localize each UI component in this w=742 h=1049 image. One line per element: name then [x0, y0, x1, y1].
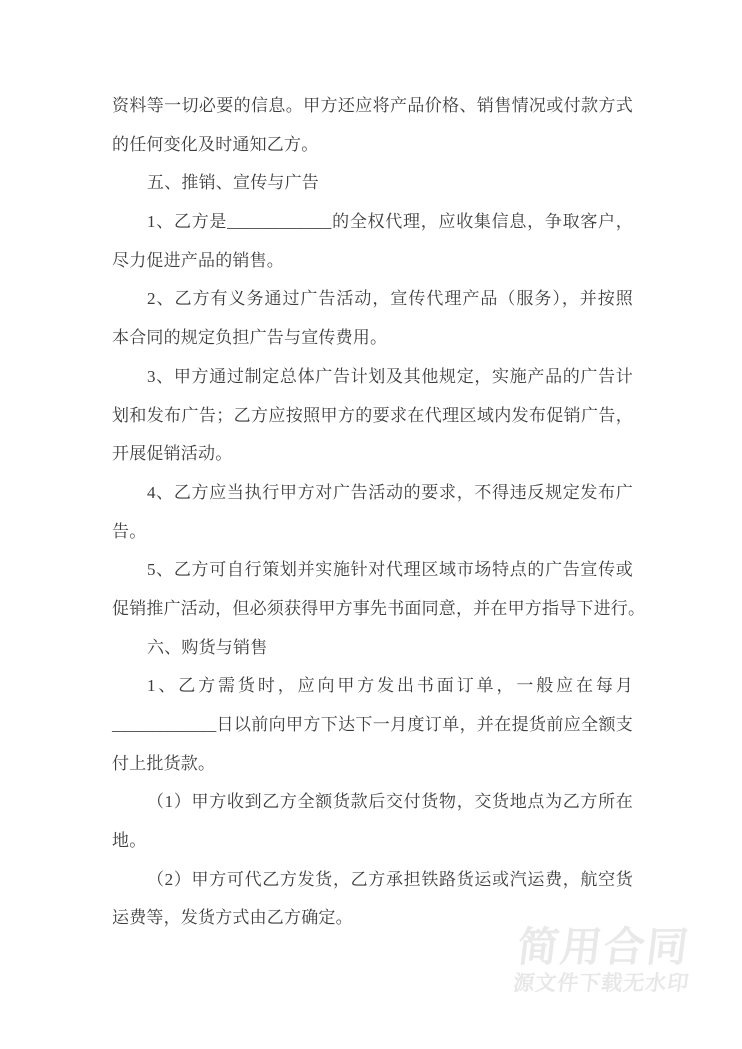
text-line: 5、乙方可自行策划并实施针对代理区域市场特点的广告宣传或 — [112, 551, 633, 590]
watermark-subtitle-text: 源文件下载无水印 — [512, 971, 691, 997]
text-line: （2）甲方可代乙方发货，乙方承担铁路货运或汽运费，航空货 — [112, 861, 633, 900]
text-line: 尽力促进产品的销售。 — [112, 242, 633, 281]
text-line: 4、乙方应当执行甲方对广告活动的要求，不得违反规定发布广 — [112, 474, 633, 513]
text-line: 1、乙方是____________的全权代理，应收集信息，争取客户， — [112, 203, 633, 242]
text-line: ____________日以前向甲方下达下一月度订单，并在提货前应全额支 — [112, 706, 633, 745]
text-line: 地。 — [112, 822, 633, 861]
text-line: 本合同的规定负担广告与宣传费用。 — [112, 319, 633, 358]
text-line: 的任何变化及时通知乙方。 — [112, 126, 633, 165]
text-line: 告。 — [112, 513, 633, 552]
text-line: 1、乙方需货时，应向甲方发出书面订单，一般应在每月 — [112, 667, 633, 706]
text-line: 划和发布广告；乙方应按照甲方的要求在代理区域内发布促销广告， — [112, 397, 633, 436]
contract-body-text: 资料等一切必要的信息。甲方还应将产品价格、销售情况或付款方式的任何变化及时通知乙… — [112, 87, 633, 938]
text-line: 付上批货款。 — [112, 745, 633, 784]
text-line: 开展促销活动。 — [112, 435, 633, 474]
text-line: 2、乙方有义务通过广告活动，宣传代理产品（服务），并按照 — [112, 280, 633, 319]
text-line: 3、甲方通过制定总体广告计划及其他规定，实施产品的广告计 — [112, 358, 633, 397]
text-line: 促销推广活动，但必须获得甲方事先书面同意，并在甲方指导下进行。 — [112, 590, 633, 629]
contract-page: 资料等一切必要的信息。甲方还应将产品价格、销售情况或付款方式的任何变化及时通知乙… — [0, 0, 742, 1049]
text-line: 六、购货与销售 — [112, 629, 633, 668]
text-line: （1）甲方收到乙方全额货款后交付货物，交货地点为乙方所在 — [112, 783, 633, 822]
text-line: 五、推销、宣传与广告 — [112, 164, 633, 203]
text-line: 资料等一切必要的信息。甲方还应将产品价格、销售情况或付款方式 — [112, 87, 633, 126]
text-line: 运费等，发货方式由乙方确定。 — [112, 899, 633, 938]
